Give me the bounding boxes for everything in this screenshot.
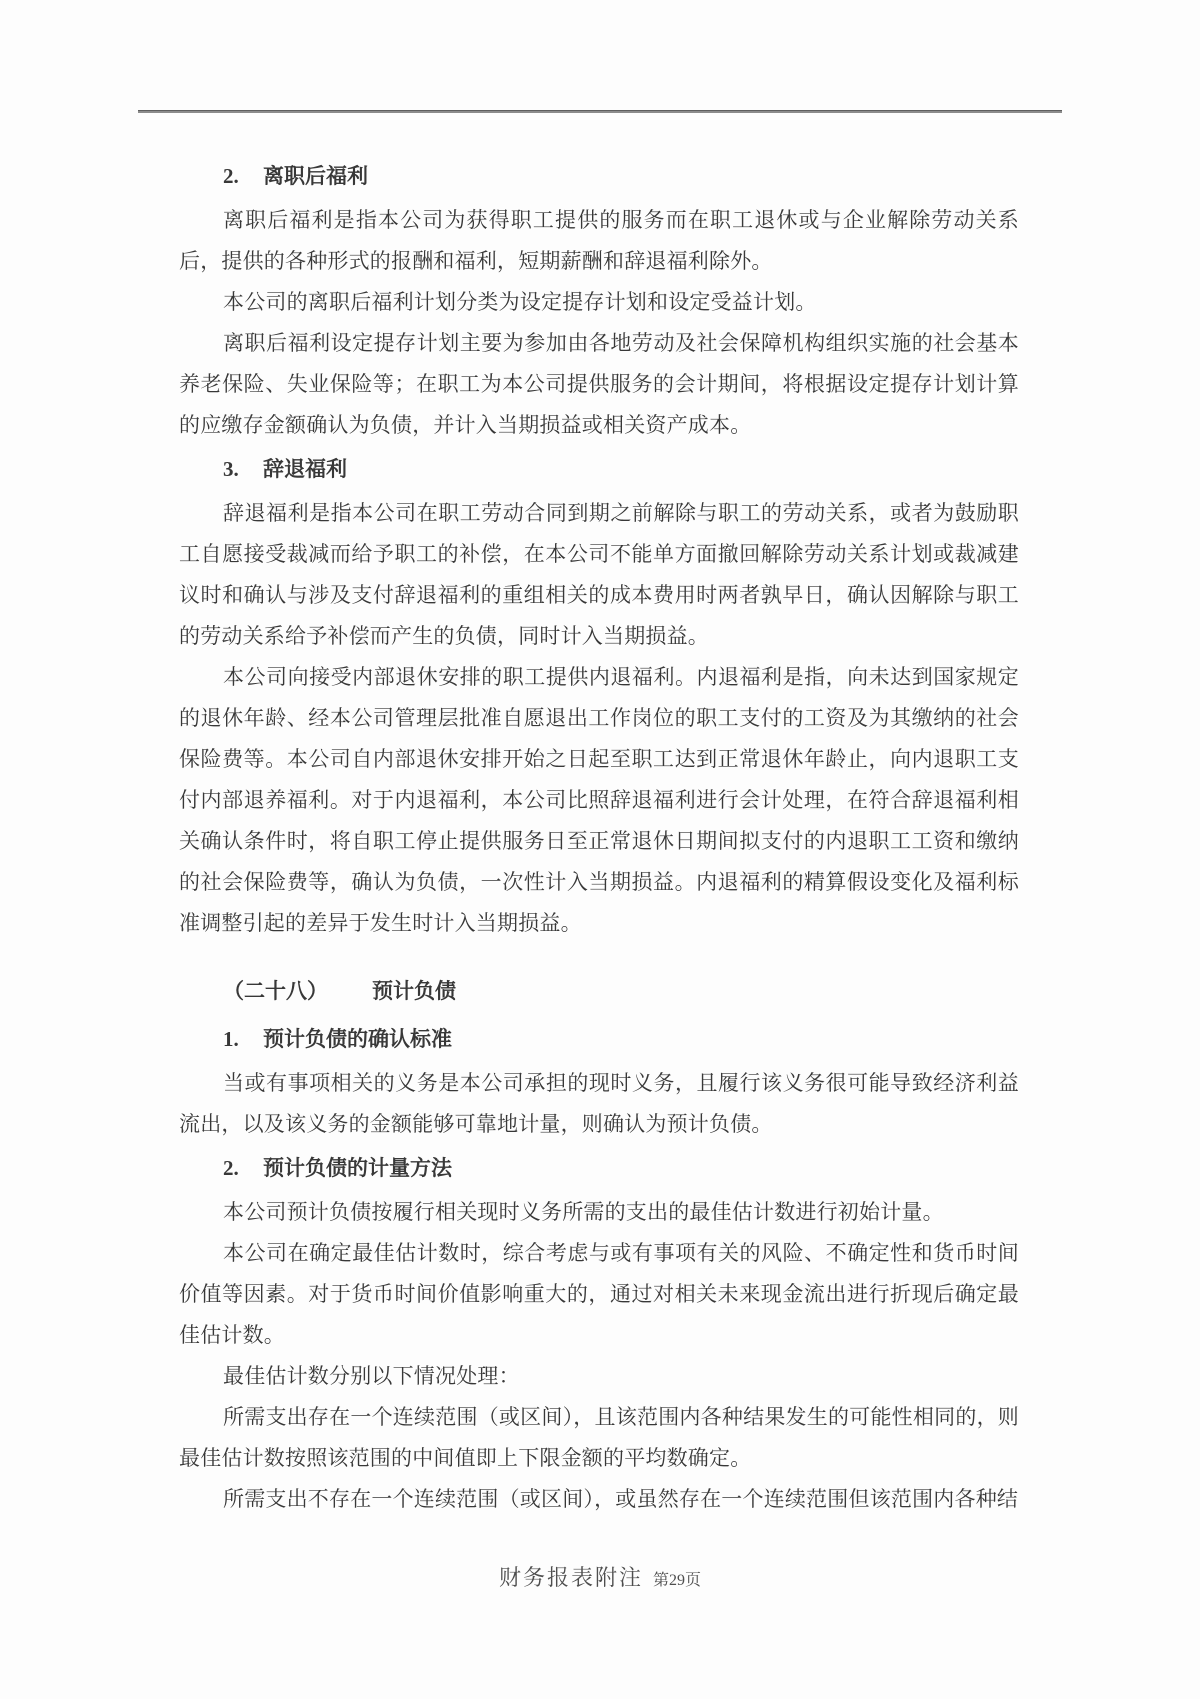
heading-text: 预计负债的确认标准 bbox=[263, 1027, 452, 1051]
heading-text: 离职后福利 bbox=[263, 164, 368, 188]
document-page: 2.离职后福利离职后福利是指本公司为获得职工提供的服务而在职工退休或与企业解除劳… bbox=[0, 0, 1200, 1699]
paragraph: 本公司在确定最佳估计数时，综合考虑与或有事项有关的风险、不确定性和货币时间价值等… bbox=[179, 1233, 1019, 1356]
paragraph: 所需支出不存在一个连续范围（或区间），或虽然存在一个连续范围但该范围内各种结 bbox=[179, 1479, 1019, 1520]
sub-heading: 3.辞退福利 bbox=[179, 449, 1019, 490]
heading-number: （二十八） bbox=[223, 979, 328, 1003]
paragraph: 本公司向接受内部退休安排的职工提供内退福利。内退福利是指，向未达到国家规定的退休… bbox=[179, 657, 1019, 944]
heading-text: 辞退福利 bbox=[263, 457, 347, 481]
paragraph: 离职后福利是指本公司为获得职工提供的服务而在职工退休或与企业解除劳动关系后，提供… bbox=[179, 200, 1019, 282]
paragraph: 辞退福利是指本公司在职工劳动合同到期之前解除与职工的劳动关系，或者为鼓励职工自愿… bbox=[179, 493, 1019, 657]
heading-text: 预计负债 bbox=[372, 979, 456, 1003]
footer-title: 财务报表附注 bbox=[499, 1565, 643, 1590]
paragraph: 所需支出存在一个连续范围（或区间），且该范围内各种结果发生的可能性相同的，则最佳… bbox=[179, 1397, 1019, 1479]
page-footer: 财务报表附注第29页 bbox=[0, 1561, 1200, 1592]
heading-number: 3. bbox=[223, 449, 263, 490]
paragraph: 离职后福利设定提存计划主要为参加由各地劳动及社会保障机构组织实施的社会基本养老保… bbox=[179, 323, 1019, 446]
paragraph: 最佳估计数分别以下情况处理： bbox=[179, 1356, 1019, 1397]
section-heading: （二十八）预计负债 bbox=[179, 971, 1019, 1012]
heading-number: 2. bbox=[223, 156, 263, 197]
heading-text: 预计负债的计量方法 bbox=[263, 1156, 452, 1180]
heading-number: 2. bbox=[223, 1148, 263, 1189]
paragraph: 本公司的离职后福利计划分类为设定提存计划和设定受益计划。 bbox=[179, 282, 1019, 323]
heading-number: 1. bbox=[223, 1019, 263, 1060]
header-rule bbox=[138, 110, 1062, 113]
footer-page-number: 第29页 bbox=[653, 1572, 701, 1589]
paragraph: 当或有事项相关的义务是本公司承担的现时义务，且履行该义务很可能导致经济利益流出，… bbox=[179, 1063, 1019, 1145]
sub-heading: 2.离职后福利 bbox=[179, 156, 1019, 197]
sub-heading: 1.预计负债的确认标准 bbox=[179, 1019, 1019, 1060]
paragraph: 本公司预计负债按履行相关现时义务所需的支出的最佳估计数进行初始计量。 bbox=[179, 1192, 1019, 1233]
sub-heading: 2.预计负债的计量方法 bbox=[179, 1148, 1019, 1189]
document-body: 2.离职后福利离职后福利是指本公司为获得职工提供的服务而在职工退休或与企业解除劳… bbox=[179, 156, 1019, 1520]
